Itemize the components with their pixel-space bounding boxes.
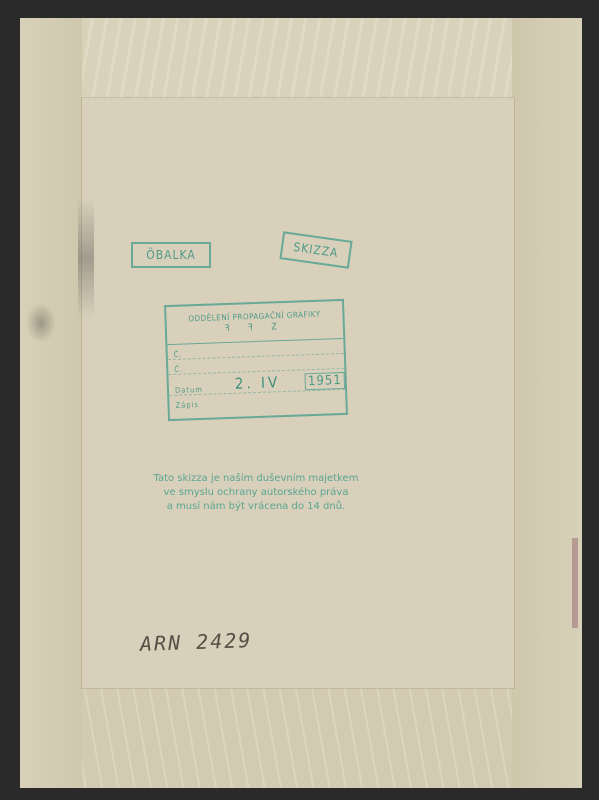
tape-top — [20, 18, 582, 110]
stamp-department: ODDĚLENÍ PROPAGAČNÍ GRAFIKY ꟻ ꟻ Z Č. Č. … — [164, 299, 348, 421]
inventory-number: ARN 2429 — [140, 628, 253, 656]
tape-right — [512, 18, 582, 788]
date-value: 2. IV — [235, 373, 300, 393]
notice-line: a musí nám být vrácena do 14 dnů. — [110, 500, 402, 514]
row-value — [236, 404, 346, 408]
date-year: 1951 — [305, 372, 345, 390]
ink-smudge — [78, 198, 94, 318]
tape-bottom — [20, 688, 582, 788]
tape-left — [20, 18, 82, 788]
ink-smudge — [26, 303, 56, 343]
notice-line: ve smyslu ochrany autorského práva — [110, 486, 402, 500]
stamp-obalka: ÖBALKA — [131, 242, 211, 268]
copyright-notice: Tato skizza je naším duševním majetkem v… — [110, 472, 402, 514]
row-label: Zápis — [175, 399, 235, 410]
pink-stain — [572, 538, 578, 628]
notice-line: Tato skizza je naším duševním majetkem — [110, 472, 402, 486]
